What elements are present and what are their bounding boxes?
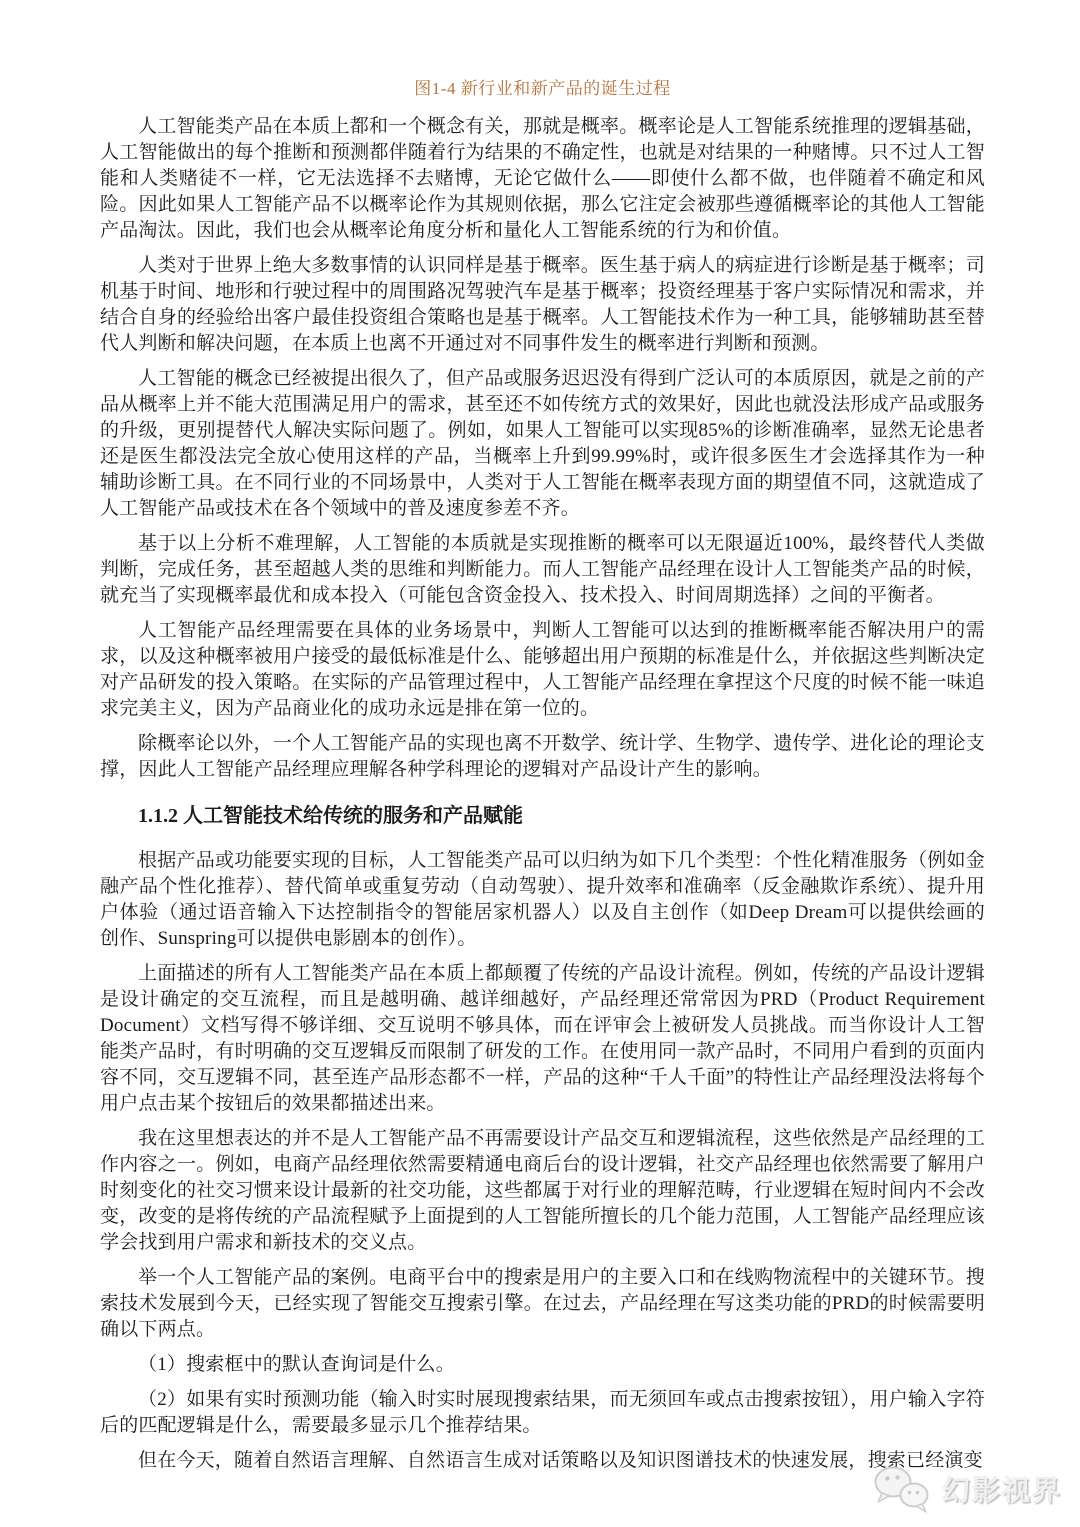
figure-caption: 图1-4 新行业和新产品的诞生过程: [100, 78, 985, 100]
body-paragraph: 人工智能类产品在本质上都和一个概念有关，那就是概率。概率论是人工智能系统推理的逻…: [100, 114, 985, 244]
body-paragraph: 上面描述的所有人工智能类产品在本质上都颠覆了传统的产品设计流程。例如，传统的产品…: [100, 961, 985, 1117]
body-paragraph: 举一个人工智能产品的案例。电商平台中的搜索是用户的主要入口和在线购物流程中的关键…: [100, 1265, 985, 1343]
wechat-logo-icon: [870, 1463, 934, 1515]
document-page: 图1-4 新行业和新产品的诞生过程 人工智能类产品在本质上都和一个概念有关，那就…: [0, 0, 1080, 1527]
watermark: 幻影视界: [870, 1463, 1062, 1515]
body-paragraph: 人工智能的概念已经被提出很久了，但产品或服务迟迟没有得到广泛认可的本质原因，就是…: [100, 366, 985, 522]
numbered-point-1: （1）搜索框中的默认查询词是什么。: [100, 1352, 985, 1378]
body-paragraph: 根据产品或功能要实现的目标，人工智能类产品可以归纳为如下几个类型：个性化精准服务…: [100, 848, 985, 952]
body-text-block: 人工智能类产品在本质上都和一个概念有关，那就是概率。概率论是人工智能系统推理的逻…: [100, 114, 985, 1474]
page-content: 图1-4 新行业和新产品的诞生过程 人工智能类产品在本质上都和一个概念有关，那就…: [100, 78, 985, 1483]
body-paragraph: 除概率论以外，一个人工智能产品的实现也离不开数学、统计学、生物学、遗传学、进化论…: [100, 731, 985, 783]
body-paragraph: 我在这里想表达的并不是人工智能产品不再需要设计产品交互和逻辑流程，这些依然是产品…: [100, 1126, 985, 1256]
body-paragraph: 基于以上分析不难理解，人工智能的本质就是实现推断的概率可以无限逼近100%，最终…: [100, 531, 985, 609]
body-paragraph: 但在今天，随着自然语言理解、自然语言生成对话策略以及知识图谱技术的快速发展，搜索…: [100, 1448, 985, 1474]
body-paragraph: 人类对于世界上绝大多数事情的认识同样是基于概率。医生基于病人的病症进行诊断是基于…: [100, 253, 985, 357]
body-paragraph: 人工智能产品经理需要在具体的业务场景中，判断人工智能可以达到的推断概率能否解决用…: [100, 618, 985, 722]
watermark-label: 幻影视界: [942, 1469, 1062, 1509]
numbered-point-2: （2）如果有实时预测功能（输入时实时展现搜索结果，而无须回车或点击搜索按钮），用…: [100, 1387, 985, 1439]
section-heading-1-1-2: 1.1.2 人工智能技术给传统的服务和产品赋能: [100, 803, 985, 829]
